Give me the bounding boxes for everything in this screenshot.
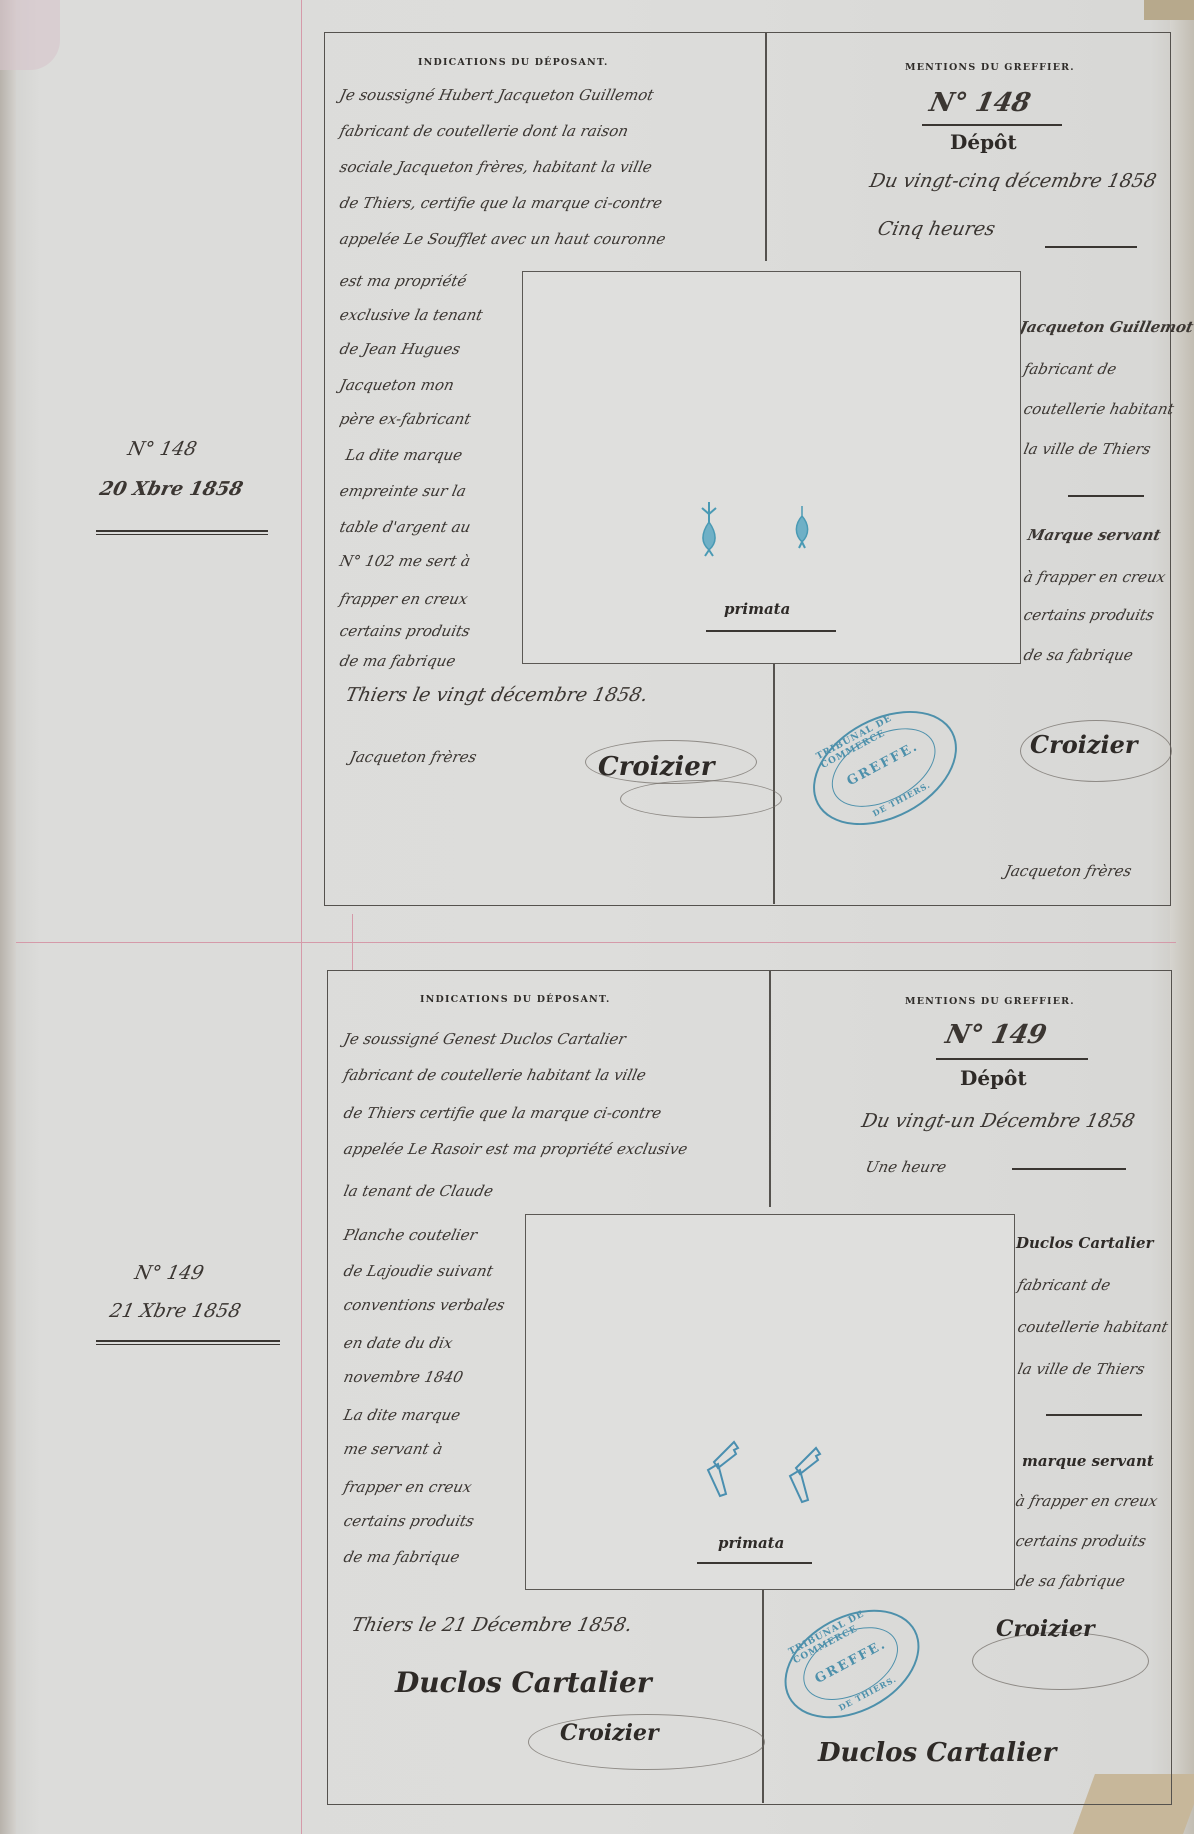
number-underline	[922, 124, 1062, 126]
crowned-teardrop-mark-icon	[694, 500, 724, 560]
depot-date: Du vingt-cinq décembre 1858	[868, 170, 1159, 192]
deposant-countersign: Jacqueton frères	[1003, 862, 1133, 880]
mark-label-underline	[706, 630, 836, 632]
margin-underline	[96, 1340, 280, 1342]
header-greffier: MENTIONS DU GREFFIER.	[905, 62, 1075, 73]
time-dash	[1012, 1168, 1126, 1170]
margin-rule-vertical	[301, 0, 302, 1834]
margin-rule-horizontal	[16, 942, 1176, 943]
depot-date: Du vingt-un Décembre 1858	[860, 1110, 1137, 1132]
deposant-countersign: Duclos Cartalier	[818, 1738, 1056, 1768]
margin-note-date: 21 Xbre 1858	[108, 1300, 243, 1322]
column-divider-top	[765, 32, 767, 261]
depot-time: Cinq heures	[876, 218, 998, 240]
book-edge-top	[1144, 0, 1194, 20]
depot-label: Dépôt	[950, 130, 1017, 154]
header-deposant: INDICATIONS DU DÉPOSANT.	[420, 994, 610, 1005]
margin-underline	[96, 530, 268, 532]
header-deposant: INDICATIONS DU DÉPOSANT.	[418, 57, 608, 68]
column-divider-bottom	[773, 662, 775, 904]
ledger-page: N° 148 20 Xbre 1858 INDICATIONS DU DÉPOS…	[0, 0, 1194, 1834]
greffier-number: N° 148	[927, 88, 1033, 118]
clerk-signature-right: Croizier	[1030, 730, 1138, 759]
mark-label-underline	[697, 1562, 812, 1564]
mark-label: primata	[724, 600, 790, 618]
column-divider-top	[769, 970, 771, 1207]
margin-underline	[96, 534, 268, 535]
number-underline	[936, 1058, 1088, 1060]
teardrop-mark-icon	[790, 504, 814, 550]
book-binding	[0, 0, 16, 1834]
signature-flourish	[620, 780, 782, 818]
depot-time: Une heure	[864, 1158, 948, 1176]
margin-note-number: N° 148	[126, 438, 199, 460]
notes-divider	[1046, 1414, 1142, 1416]
clerk-signature: Croizier	[560, 1720, 659, 1746]
column-divider-bottom	[762, 1588, 764, 1803]
deposant-signature: Duclos Cartalier	[395, 1666, 652, 1699]
greffier-number: N° 149	[943, 1020, 1049, 1050]
razor-mark-icon	[782, 1444, 824, 1506]
mark-label: primata	[718, 1534, 784, 1552]
notes-divider	[1068, 495, 1144, 497]
deposant-signature: Jacqueton frères	[348, 748, 478, 766]
margin-note-number: N° 149	[133, 1262, 206, 1284]
page-corner	[0, 0, 60, 70]
clerk-signature-right: Croizier	[996, 1616, 1095, 1642]
razor-mark-icon	[700, 1438, 742, 1500]
page-edge	[1170, 0, 1194, 1834]
time-dash	[1045, 246, 1137, 248]
clerk-signature: Croizier	[598, 752, 715, 782]
depot-label: Dépôt	[960, 1066, 1027, 1090]
header-greffier: MENTIONS DU GREFFIER.	[905, 996, 1075, 1007]
margin-note-date: 20 Xbre 1858	[98, 478, 245, 500]
margin-underline	[96, 1344, 280, 1345]
